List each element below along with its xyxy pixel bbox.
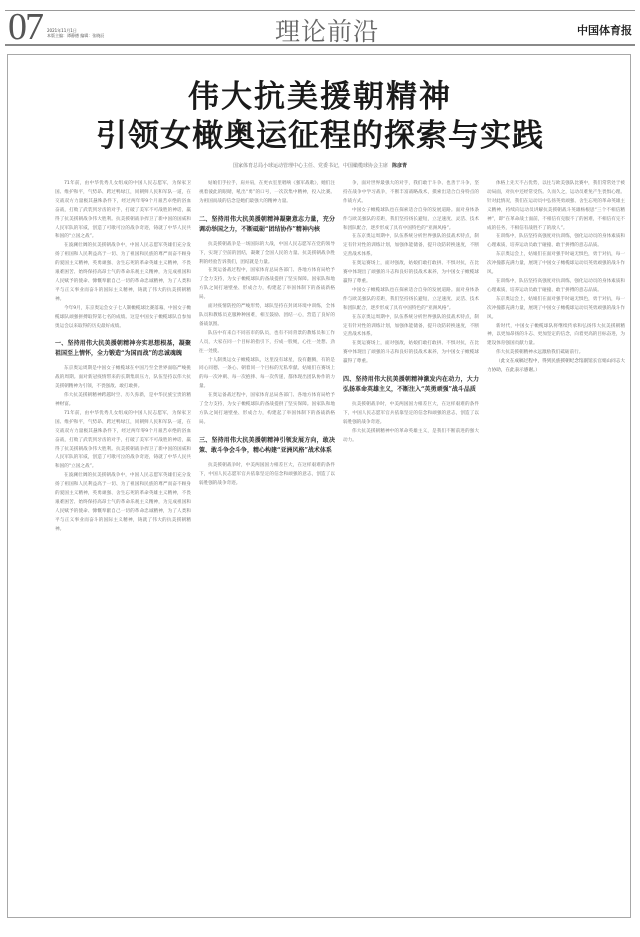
page-meta: 2021年11月1日 本版主编：谭静德 编辑：张晓辰: [47, 28, 104, 38]
paragraph: 争，面对世界最强大的对手，我们敢于斗争、也善于斗争，坚持在战争中学习战争，不断丰…: [343, 180, 479, 207]
paragraph: 在奥运备战过程中，国家体育总局各部门、各地方体育局给予了全力支持，为女子橄榄球队…: [199, 392, 335, 428]
paragraph: 今年9月，东京奥运会女子七人制橄榄球比赛落幕，中国女子橄榄球队顽强拼搏取得第七名…: [55, 305, 191, 332]
page-header: 07 2021年11月1日 本版主编：谭静德 编辑：张晓辰 理论前沿 中国体育报: [5, 8, 635, 40]
paragraph: 伟大抗美援朝精神跨越时空、历久弥新，是中华民族宝贵的精神财富。: [55, 392, 191, 410]
column-1: 71年前，由中华优秀儿女组成的中国人民志愿军，为保家卫国、维护和平，气势昂、跨过…: [55, 180, 191, 910]
paragraph: 抗美援朝战争是一场国际的大战，中国人民志愿军在党的领导下，实现了空前的团结，凝聚…: [199, 241, 335, 268]
paragraph: 在奥运赛场上，面对强敌，姑娘们敢打敢拼、不惧对抗，在比赛中体现出了顽强的斗志和良…: [343, 340, 479, 367]
paragraph: 在东京奥运周期中，队伍系统分析世界强队的技战术特点，制定有针对性的训练计划，加强…: [343, 314, 479, 341]
paragraph: 中国女子橄榄球队也在探索适合自身的发展道路。面对身体条件与欧美强队的差距，我们坚…: [343, 287, 479, 314]
header-top-rule: [5, 10, 635, 11]
paragraph: 在奥运赛场上，面对强敌，姑娘们敢打敢拼、不惧对抗，在比赛中体现出了顽强的斗志和良…: [343, 260, 479, 287]
paragraph: 十人制奥运女子橄榄球队，这里没有球星，没有翻腾，有的是同心同德、一条心、朝着同一…: [199, 357, 335, 393]
column-2: 姑娘们手拉手，肩并肩，在更衣室里唱响《强军战歌》，她们注视着彼此的眼睛，吼出“勇…: [199, 180, 335, 910]
article-headline: 伟大抗美援朝精神 引领女橄奥运征程的探索与实践: [0, 78, 640, 156]
section-heading-3: 三、坚持用伟大抗美援朝精神引领发展方向，敢决策、敢斗争会斗争，精心构建“亚洲风格…: [199, 436, 335, 456]
paragraph: 东京奥运会上，姑娘们在面对强手时毫无惧色，勇于对抗，每一次冲撞都充满力量，展现了…: [487, 251, 625, 278]
headline-line-2: 引领女橄奥运征程的探索与实践: [0, 116, 640, 156]
paragraph: 姑娘们手拉手，肩并肩，在更衣室里唱响《强军战歌》，她们注视着彼此的眼睛，吼出“勇…: [199, 180, 335, 207]
paragraph: 在波澜壮阔的抗美援朝战争中，中国人民志愿军英雄们充分发扬了祖国和人民利益高于一切…: [55, 242, 191, 304]
acknowledgement-note: （此文在成稿过程中，得到民族援朝纪念馆副馆长官娟山同志大力协助，在此表示感谢。）: [487, 358, 625, 376]
paragraph: 体格上先天不占优势，以往与欧美强队比赛中，我们常常处于被动局面，对抗中还经常受伤…: [487, 180, 625, 233]
author-title: 国家体育总局小球运动管理中心主任、党委书记，中国橄榄球协会主席: [233, 163, 388, 169]
header-bottom-rule: [5, 44, 635, 46]
headline-line-1: 伟大抗美援朝精神: [0, 78, 640, 116]
column-3: 争，面对世界最强大的对手，我们敢于斗争、也善于斗争，坚持在战争中学习战争，不断丰…: [343, 180, 479, 910]
paragraph: 伟大抗美援朝精神中的革命英雄主义，是我们不断前进的强大动力。: [343, 428, 479, 446]
paragraph: 东京奥运周期是中国女子橄榄球在中国乃至全世界面临严峻挑战的周期。面对新冠疫情带来…: [55, 365, 191, 392]
paragraph: 中国女子橄榄球队也在探索适合自身的发展道路。面对身体条件与欧美强队的差距，我们坚…: [343, 207, 479, 234]
paragraph: 抗美援朝战争时，中美两国国力相差巨大，在这样艰难的条件下，中国人民志愿军官兵依靠…: [343, 401, 479, 428]
author-name: 陈彦青: [392, 163, 407, 169]
paragraph: 71年前，由中华优秀儿女组成的中国人民志愿军，为保家卫国、维护和平，气势昂、跨过…: [55, 180, 191, 242]
paragraph: 面对疫情防控的严峻形势，球队坚持在封闭环境中训练，全体队员和教练员克服种种困难，…: [199, 303, 335, 330]
section-title: 理论前沿: [275, 12, 379, 48]
paragraph: 东京奥运会上，姑娘们在面对强手时毫无惧色，勇于对抗，每一次冲撞都充满力量，展现了…: [487, 296, 625, 323]
author-byline: 国家体育总局小球运动管理中心主任、党委书记，中国橄榄球协会主席陈彦青: [0, 162, 640, 169]
section-heading-2: 二、坚持用伟大抗美援朝精神凝聚意志力量，充分调动举国之力，不断砥砺“团结协作”精…: [199, 215, 335, 235]
newspaper-masthead: 中国体育报: [577, 22, 632, 38]
editor-line: 本版主编：谭静德 编辑：张晓辰: [47, 33, 104, 38]
paragraph: 在训练中，队伍坚持高强度对抗训练，强化运动员的身体素质和心理素质，培养运动员敢于…: [487, 233, 625, 251]
page-number: 07: [8, 10, 42, 44]
paragraph: 在奥运备战过程中，国家体育总局各部门、各地方体育局给予了全力支持，为女子橄榄球队…: [199, 267, 335, 303]
column-4: 体格上先天不占优势，以往与欧美强队比赛中，我们常常处于被动局面，对抗中还经常受伤…: [487, 180, 625, 910]
paragraph: 抗美援朝战争时，中美两国国力相差巨大，在这样艰难的条件下，中国人民志愿军官兵依靠…: [199, 462, 335, 489]
paragraph: 新时代，中国女子橄榄球队将继续传承和弘扬伟大抗美援朝精神，以更加昂扬的斗志、更加…: [487, 323, 625, 350]
section-heading-4: 四、坚持用伟大抗美援朝精神激发内在动力，大力弘扬革命英雄主义，不断注入“英勇顽强…: [343, 375, 479, 395]
paragraph: 71年前，由中华优秀儿女组成的中国人民志愿军，为保家卫国、维护和平，气势昂、跨过…: [55, 410, 191, 472]
paragraph: 队伍中有来自不同省市的队员，也有不同背景的教练员和工作人员，大家在同一个目标的指…: [199, 330, 335, 357]
section-heading-1: 一、坚持用伟大抗美援朝精神夯实思想根基，凝聚祖国至上情怀，全力锻造“为国而战”的…: [55, 339, 191, 359]
paragraph: 伟大抗美援朝精神永远激励我们砥砺前行。: [487, 349, 625, 358]
paragraph: 在训练中，队伍坚持高强度对抗训练，强化运动员的身体素质和心理素质，培养运动员敢于…: [487, 278, 625, 296]
paragraph: 在东京奥运周期中，队伍系统分析世界强队的技战术特点，制定有针对性的训练计划，加强…: [343, 233, 479, 260]
article-body: 71年前，由中华优秀儿女组成的中国人民志愿军，为保家卫国、维护和平，气势昂、跨过…: [55, 180, 625, 915]
paragraph: 在波澜壮阔的抗美援朝战争中，中国人民志愿军英雄们充分发扬了祖国和人民利益高于一切…: [55, 472, 191, 534]
